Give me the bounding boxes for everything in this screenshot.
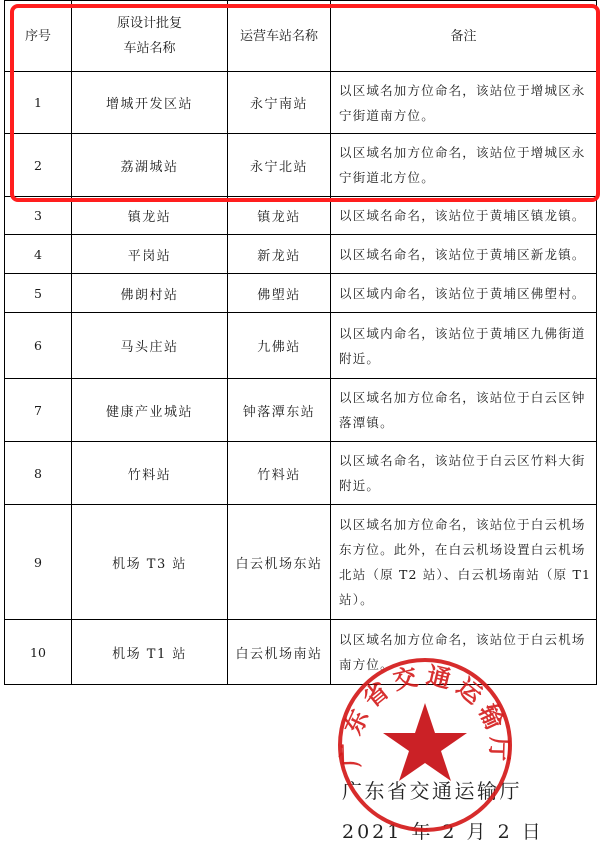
table-row: 2 荔湖城站 永宁北站 以区域名加方位命名，该站位于增城区永宁街道北方位。 <box>5 134 597 197</box>
row-index: 6 <box>5 313 72 379</box>
row-remark: 以区域内命名，该站位于黄埔区九佛街道附近。 <box>331 313 597 379</box>
row-remark: 以区域名命名，该站位于白云区竹料大街附近。 <box>331 442 597 505</box>
row-operating-name: 永宁北站 <box>228 134 331 197</box>
row-index: 3 <box>5 197 72 235</box>
row-remark: 以区域内命名，该站位于黄埔区佛塱村。 <box>331 274 597 313</box>
table-row: 9 机场 T3 站 白云机场东站 以区域名加方位命名，该站位于白云机场东方位。此… <box>5 505 597 620</box>
row-remark: 以区域名命名，该站位于黄埔区新龙镇。 <box>331 235 597 274</box>
row-original-name: 荔湖城站 <box>72 134 228 197</box>
row-index: 1 <box>5 72 72 134</box>
row-original-name: 机场 T1 站 <box>72 620 228 685</box>
row-original-name: 马头庄站 <box>72 313 228 379</box>
row-index: 2 <box>5 134 72 197</box>
row-operating-name: 镇龙站 <box>228 197 331 235</box>
row-original-name: 平岗站 <box>72 235 228 274</box>
row-original-name: 增城开发区站 <box>72 72 228 134</box>
header-index: 序号 <box>5 1 72 72</box>
header-operating-name: 运营车站名称 <box>228 1 331 72</box>
table-row: 8 竹料站 竹料站 以区域名命名，该站位于白云区竹料大街附近。 <box>5 442 597 505</box>
row-original-name: 镇龙站 <box>72 197 228 235</box>
table-row: 7 健康产业城站 钟落潭东站 以区域名加方位命名，该站位于白云区钟落潭镇。 <box>5 379 597 442</box>
table-row: 3 镇龙站 镇龙站 以区域名命名，该站位于黄埔区镇龙镇。 <box>5 197 597 235</box>
station-rename-table: 序号 原设计批复 车站名称 运营车站名称 备注 1 增城开发区站 永宁南站 以区… <box>4 0 597 685</box>
row-remark: 以区域名命名，该站位于黄埔区镇龙镇。 <box>331 197 597 235</box>
table-row: 6 马头庄站 九佛站 以区域内命名，该站位于黄埔区九佛街道附近。 <box>5 313 597 379</box>
official-seal: 广东省交通运输厅 <box>335 655 515 835</box>
row-index: 10 <box>5 620 72 685</box>
table-row: 5 佛朗村站 佛塱站 以区域内命名，该站位于黄埔区佛塱村。 <box>5 274 597 313</box>
header-original-line2: 车站名称 <box>72 36 227 61</box>
row-original-name: 健康产业城站 <box>72 379 228 442</box>
row-index: 8 <box>5 442 72 505</box>
row-operating-name: 九佛站 <box>228 313 331 379</box>
row-operating-name: 白云机场南站 <box>228 620 331 685</box>
header-remark: 备注 <box>331 1 597 72</box>
row-operating-name: 竹料站 <box>228 442 331 505</box>
row-operating-name: 佛塱站 <box>228 274 331 313</box>
row-remark: 以区域名加方位命名，该站位于增城区永宁街道南方位。 <box>331 72 597 134</box>
row-remark: 以区域名加方位命名，该站位于增城区永宁街道北方位。 <box>331 134 597 197</box>
row-original-name: 竹料站 <box>72 442 228 505</box>
row-index: 4 <box>5 235 72 274</box>
header-original-line1: 原设计批复 <box>72 11 227 36</box>
table-row: 4 平岗站 新龙站 以区域名命名，该站位于黄埔区新龙镇。 <box>5 235 597 274</box>
row-operating-name: 新龙站 <box>228 235 331 274</box>
header-original-name: 原设计批复 车站名称 <box>72 1 228 72</box>
table-header-row: 序号 原设计批复 车站名称 运营车站名称 备注 <box>5 1 597 72</box>
row-index: 9 <box>5 505 72 620</box>
row-index: 7 <box>5 379 72 442</box>
row-operating-name: 永宁南站 <box>228 72 331 134</box>
table-row: 1 增城开发区站 永宁南站 以区域名加方位命名，该站位于增城区永宁街道南方位。 <box>5 72 597 134</box>
row-operating-name: 白云机场东站 <box>228 505 331 620</box>
row-operating-name: 钟落潭东站 <box>228 379 331 442</box>
row-remark: 以区域名加方位命名，该站位于白云区钟落潭镇。 <box>331 379 597 442</box>
row-index: 5 <box>5 274 72 313</box>
row-original-name: 机场 T3 站 <box>72 505 228 620</box>
star-icon <box>383 703 467 781</box>
row-original-name: 佛朗村站 <box>72 274 228 313</box>
row-remark: 以区域名加方位命名，该站位于白云机场东方位。此外，在白云机场设置白云机场北站（原… <box>331 505 597 620</box>
